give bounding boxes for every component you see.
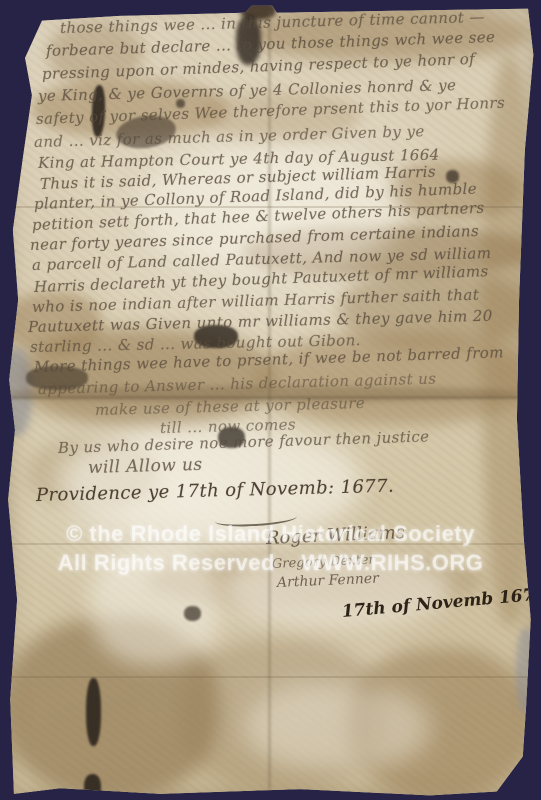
fold-crease	[8, 676, 528, 678]
document-photo: those things wee ... in this juncture of…	[0, 0, 541, 800]
copyright-watermark-line-1: © the Rhode Island Historical Society	[0, 521, 541, 547]
ink-blot	[184, 606, 201, 621]
ink-blot	[84, 774, 101, 800]
stain-gray-sliver	[516, 628, 536, 713]
manuscript-line: will Allow us	[88, 456, 203, 478]
copyright-watermark-line-2: All Rights Reserved WWW.RIHS.ORG	[0, 550, 541, 576]
paper-overlay: those things wee ... in this juncture of…	[0, 0, 541, 800]
light-patch	[245, 685, 430, 770]
manuscript-paper: those things wee ... in this juncture of…	[6, 4, 536, 797]
ink-blot	[86, 678, 101, 746]
